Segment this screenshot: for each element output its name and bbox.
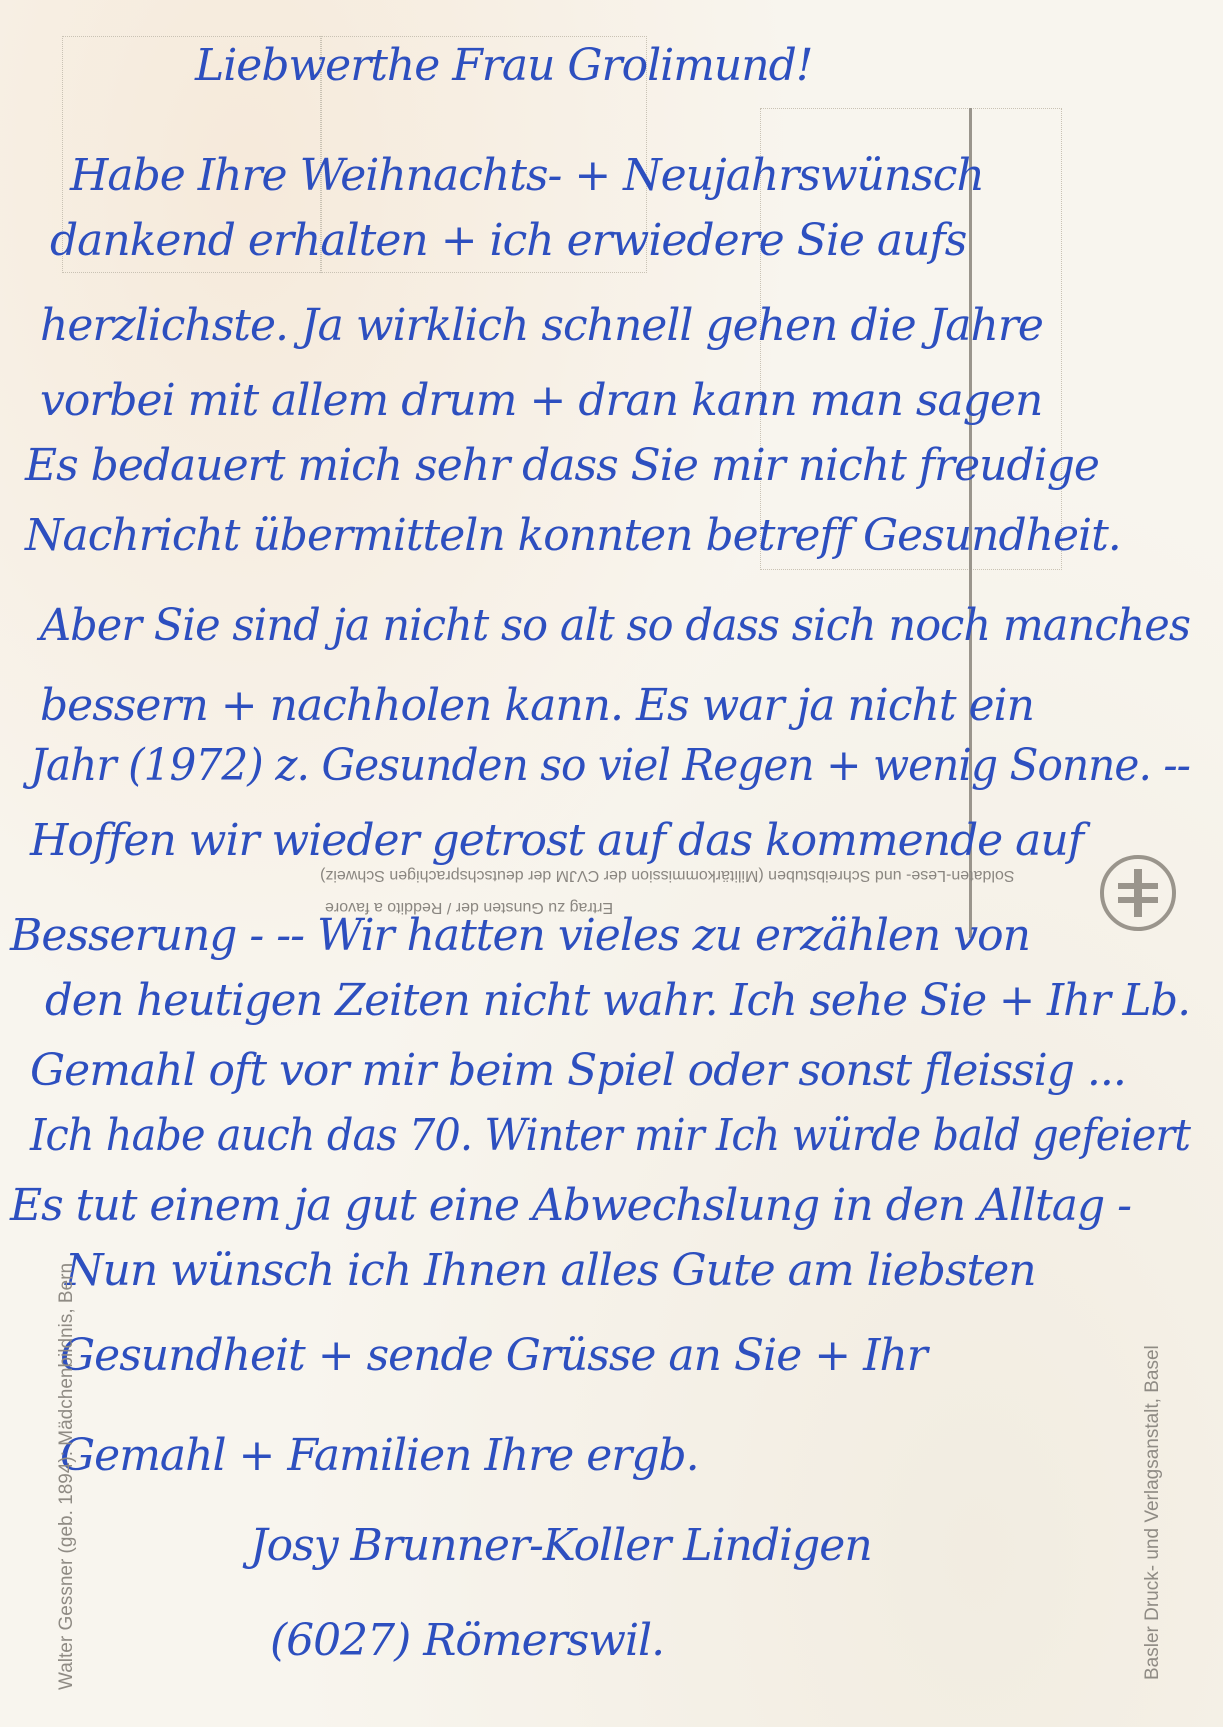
handwritten-line: Nachricht übermitteln konnten betreff Ge… <box>25 510 1121 561</box>
handwritten-line: Es tut einem ja gut eine Abwechslung in … <box>10 1180 1131 1231</box>
printed-charity-line-2: Ertrag zu Gunsten der / Reddito a favore <box>325 898 613 916</box>
handwritten-line: Josy Brunner-Koller Lindigen <box>250 1520 872 1571</box>
handwritten-line: bessern + nachholen kann. Es war ja nich… <box>40 680 1034 731</box>
handwritten-line: Gesundheit + sende Grüsse an Sie + Ihr <box>60 1330 927 1381</box>
handwritten-line: Gemahl oft vor mir beim Spiel oder sonst… <box>30 1045 1126 1096</box>
handwritten-line: Jahr (1972) z. Gesunden so viel Regen + … <box>30 740 1190 791</box>
handwritten-line: herzlichste. Ja wirklich schnell gehen d… <box>40 300 1043 351</box>
artist-credit: Walter Gessner (geb. 1894): Mädchenbildn… <box>56 1263 78 1690</box>
handwritten-line: Ich habe auch das 70. Winter mir Ich wür… <box>30 1110 1190 1161</box>
handwritten-line: Liebwerthe Frau Grolimund! <box>195 40 812 91</box>
handwritten-line: Besserung - -- Wir hatten vieles zu erzä… <box>10 910 1030 961</box>
handwritten-line: (6027) Römerswil. <box>270 1615 664 1666</box>
handwritten-line: Es bedauert mich sehr dass Sie mir nicht… <box>25 440 1099 491</box>
handwritten-line: vorbei mit allem drum + dran kann man sa… <box>40 375 1042 426</box>
handwritten-line: Hoffen wir wieder getrost auf das kommen… <box>30 815 1083 866</box>
postcard: Liebwerthe Frau Grolimund!Habe Ihre Weih… <box>0 0 1223 1727</box>
handwritten-line: Nun wünsch ich Ihnen alles Gute am liebs… <box>65 1245 1036 1296</box>
handwritten-line: Habe Ihre Weihnachts- + Neujahrswünsch <box>70 150 984 201</box>
handwritten-line: dankend erhalten + ich erwiedere Sie auf… <box>50 215 966 266</box>
cvjm-logo-icon <box>1100 855 1176 931</box>
handwritten-line: den heutigen Zeiten nicht wahr. Ich sehe… <box>45 975 1190 1026</box>
handwritten-line: Aber Sie sind ja nicht so alt so dass si… <box>40 600 1190 651</box>
handwritten-line: Gemahl + Familien Ihre ergb. <box>60 1430 699 1481</box>
printed-charity-line: Soldaten-Lese- und Schreibstuben (Militä… <box>320 866 1015 884</box>
publisher-credit: Basler Druck- und Verlagsanstalt, Basel <box>1142 1345 1164 1680</box>
